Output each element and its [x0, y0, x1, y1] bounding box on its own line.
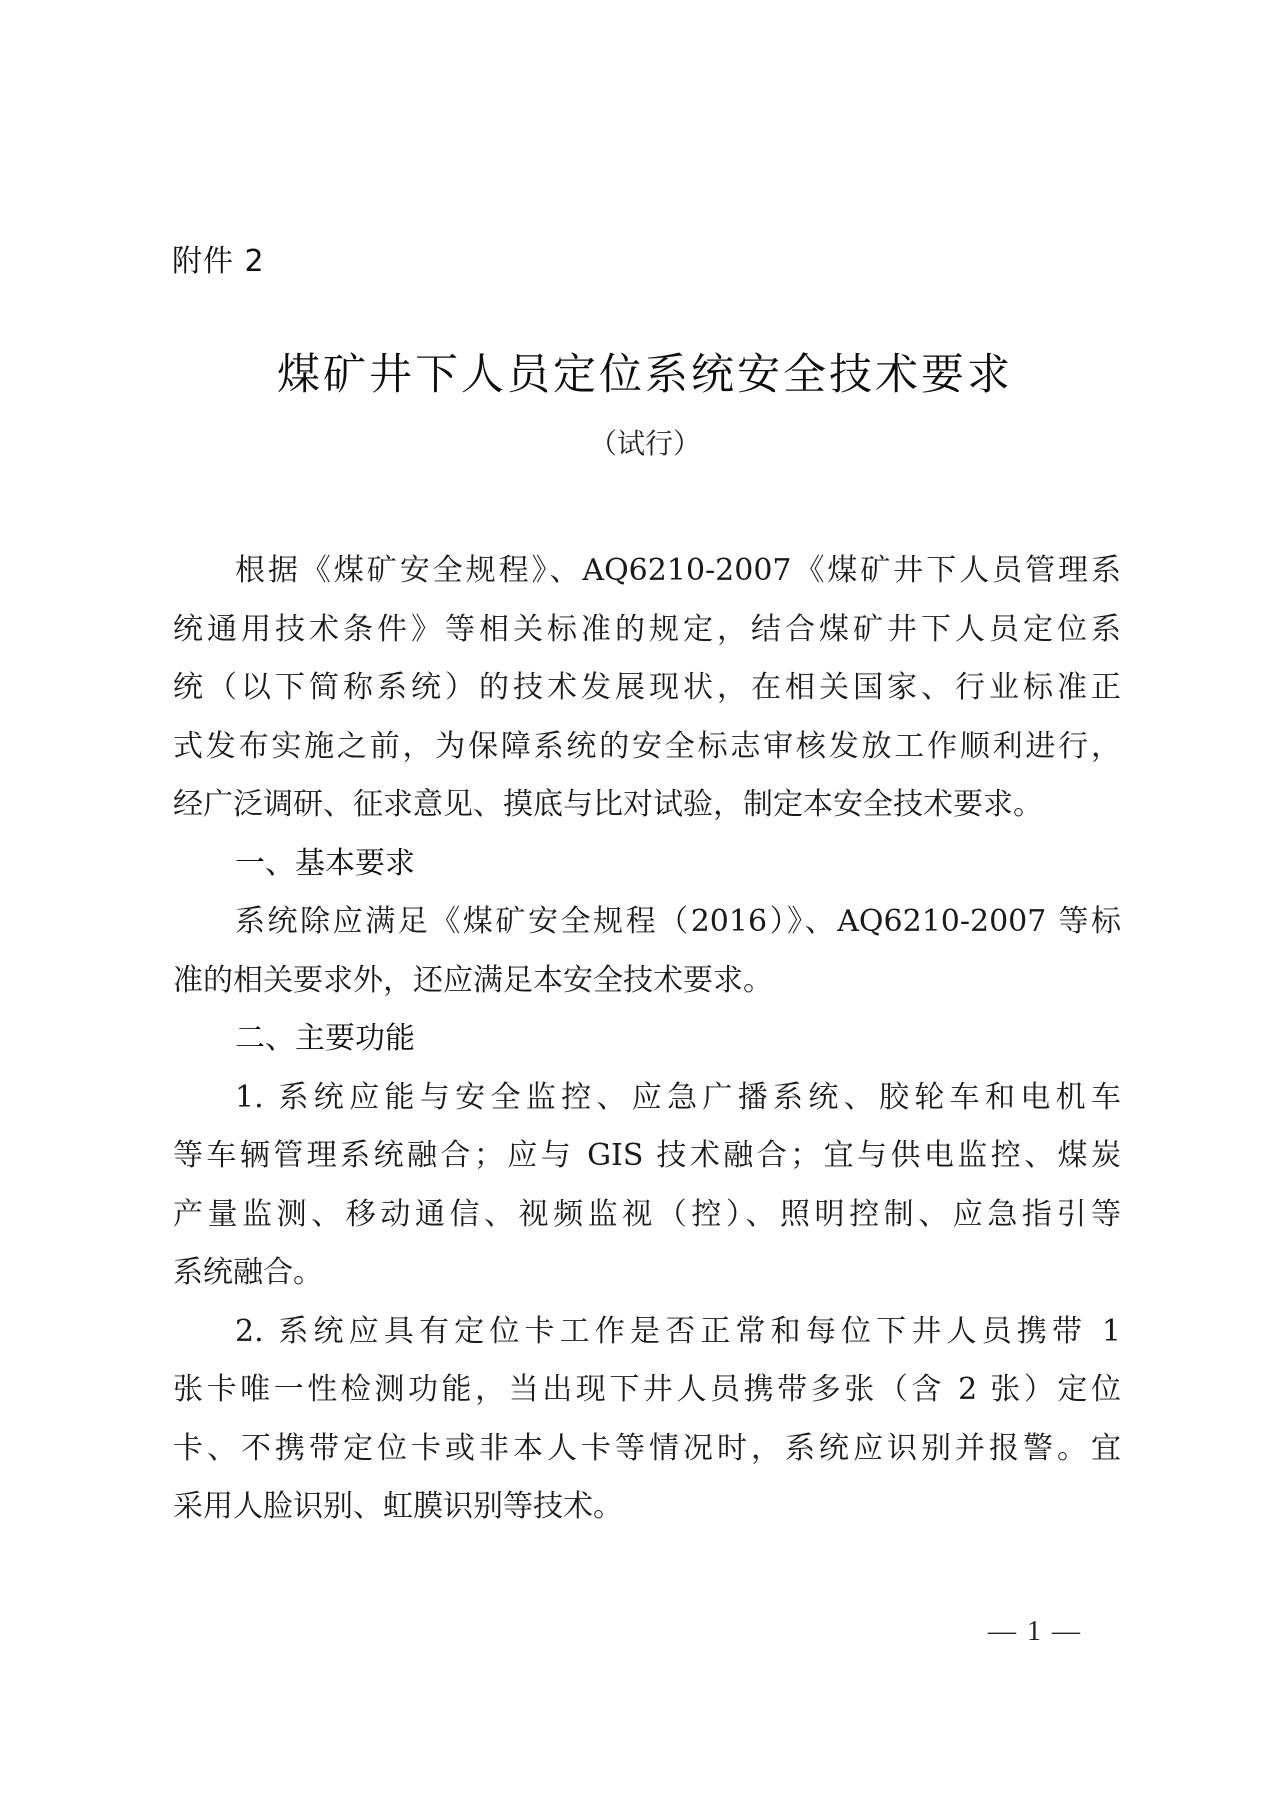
body-line: 1. 系统应能与安全监控、应急广播系统、胶轮车和电机车 — [173, 1073, 1121, 1132]
attachment-label: 附件 2 — [172, 243, 265, 281]
body-line: 经广泛调研、征求意见、摸底与比对试验，制定本安全技术要求。 — [173, 780, 1121, 839]
document-body: 根据《煤矿安全规程》、AQ6210-2007《煤矿井下人员管理系 统通用技术条件… — [173, 546, 1121, 1541]
document-title: 煤矿井下人员定位系统安全技术要求 — [0, 348, 1280, 402]
body-line: 2. 系统应具有定位卡工作是否正常和每位下井人员携带 1 — [173, 1307, 1121, 1366]
body-line: 张卡唯一性检测功能，当出现下井人员携带多张（含 2 张）定位 — [173, 1365, 1121, 1424]
page-number: — 1 — — [975, 1614, 1095, 1650]
body-line: 统（以下简称系统）的技术发展现状，在相关国家、行业标准正 — [173, 663, 1121, 722]
body-line: 统通用技术条件》等相关标准的规定，结合煤矿井下人员定位系 — [173, 605, 1121, 664]
body-line: 产量监测、移动通信、视频监视（控）、照明控制、应急指引等 — [173, 1190, 1121, 1249]
body-line: 系统融合。 — [173, 1248, 1121, 1307]
body-line: 采用人脸识别、虹膜识别等技术。 — [173, 1482, 1121, 1541]
body-line: 准的相关要求外，还应满足本安全技术要求。 — [173, 956, 1121, 1015]
body-line: 式发布实施之前，为保障系统的安全标志审核发放工作顺利进行， — [173, 722, 1121, 781]
document-page: 附件 2 煤矿井下人员定位系统安全技术要求 （试行） 根据《煤矿安全规程》、AQ… — [0, 0, 1280, 1810]
body-line: 等车辆管理系统融合；应与 GIS 技术融合；宜与供电监控、煤炭 — [173, 1131, 1121, 1190]
document-subtitle: （试行） — [0, 426, 1280, 462]
body-line: 系统除应满足《煤矿安全规程（2016）》、AQ6210-2007 等标 — [173, 897, 1121, 956]
section-heading: 二、主要功能 — [173, 1014, 1121, 1073]
body-line: 根据《煤矿安全规程》、AQ6210-2007《煤矿井下人员管理系 — [173, 546, 1121, 605]
body-line: 卡、不携带定位卡或非本人卡等情况时，系统应识别并报警。宜 — [173, 1424, 1121, 1483]
section-heading: 一、基本要求 — [173, 839, 1121, 898]
